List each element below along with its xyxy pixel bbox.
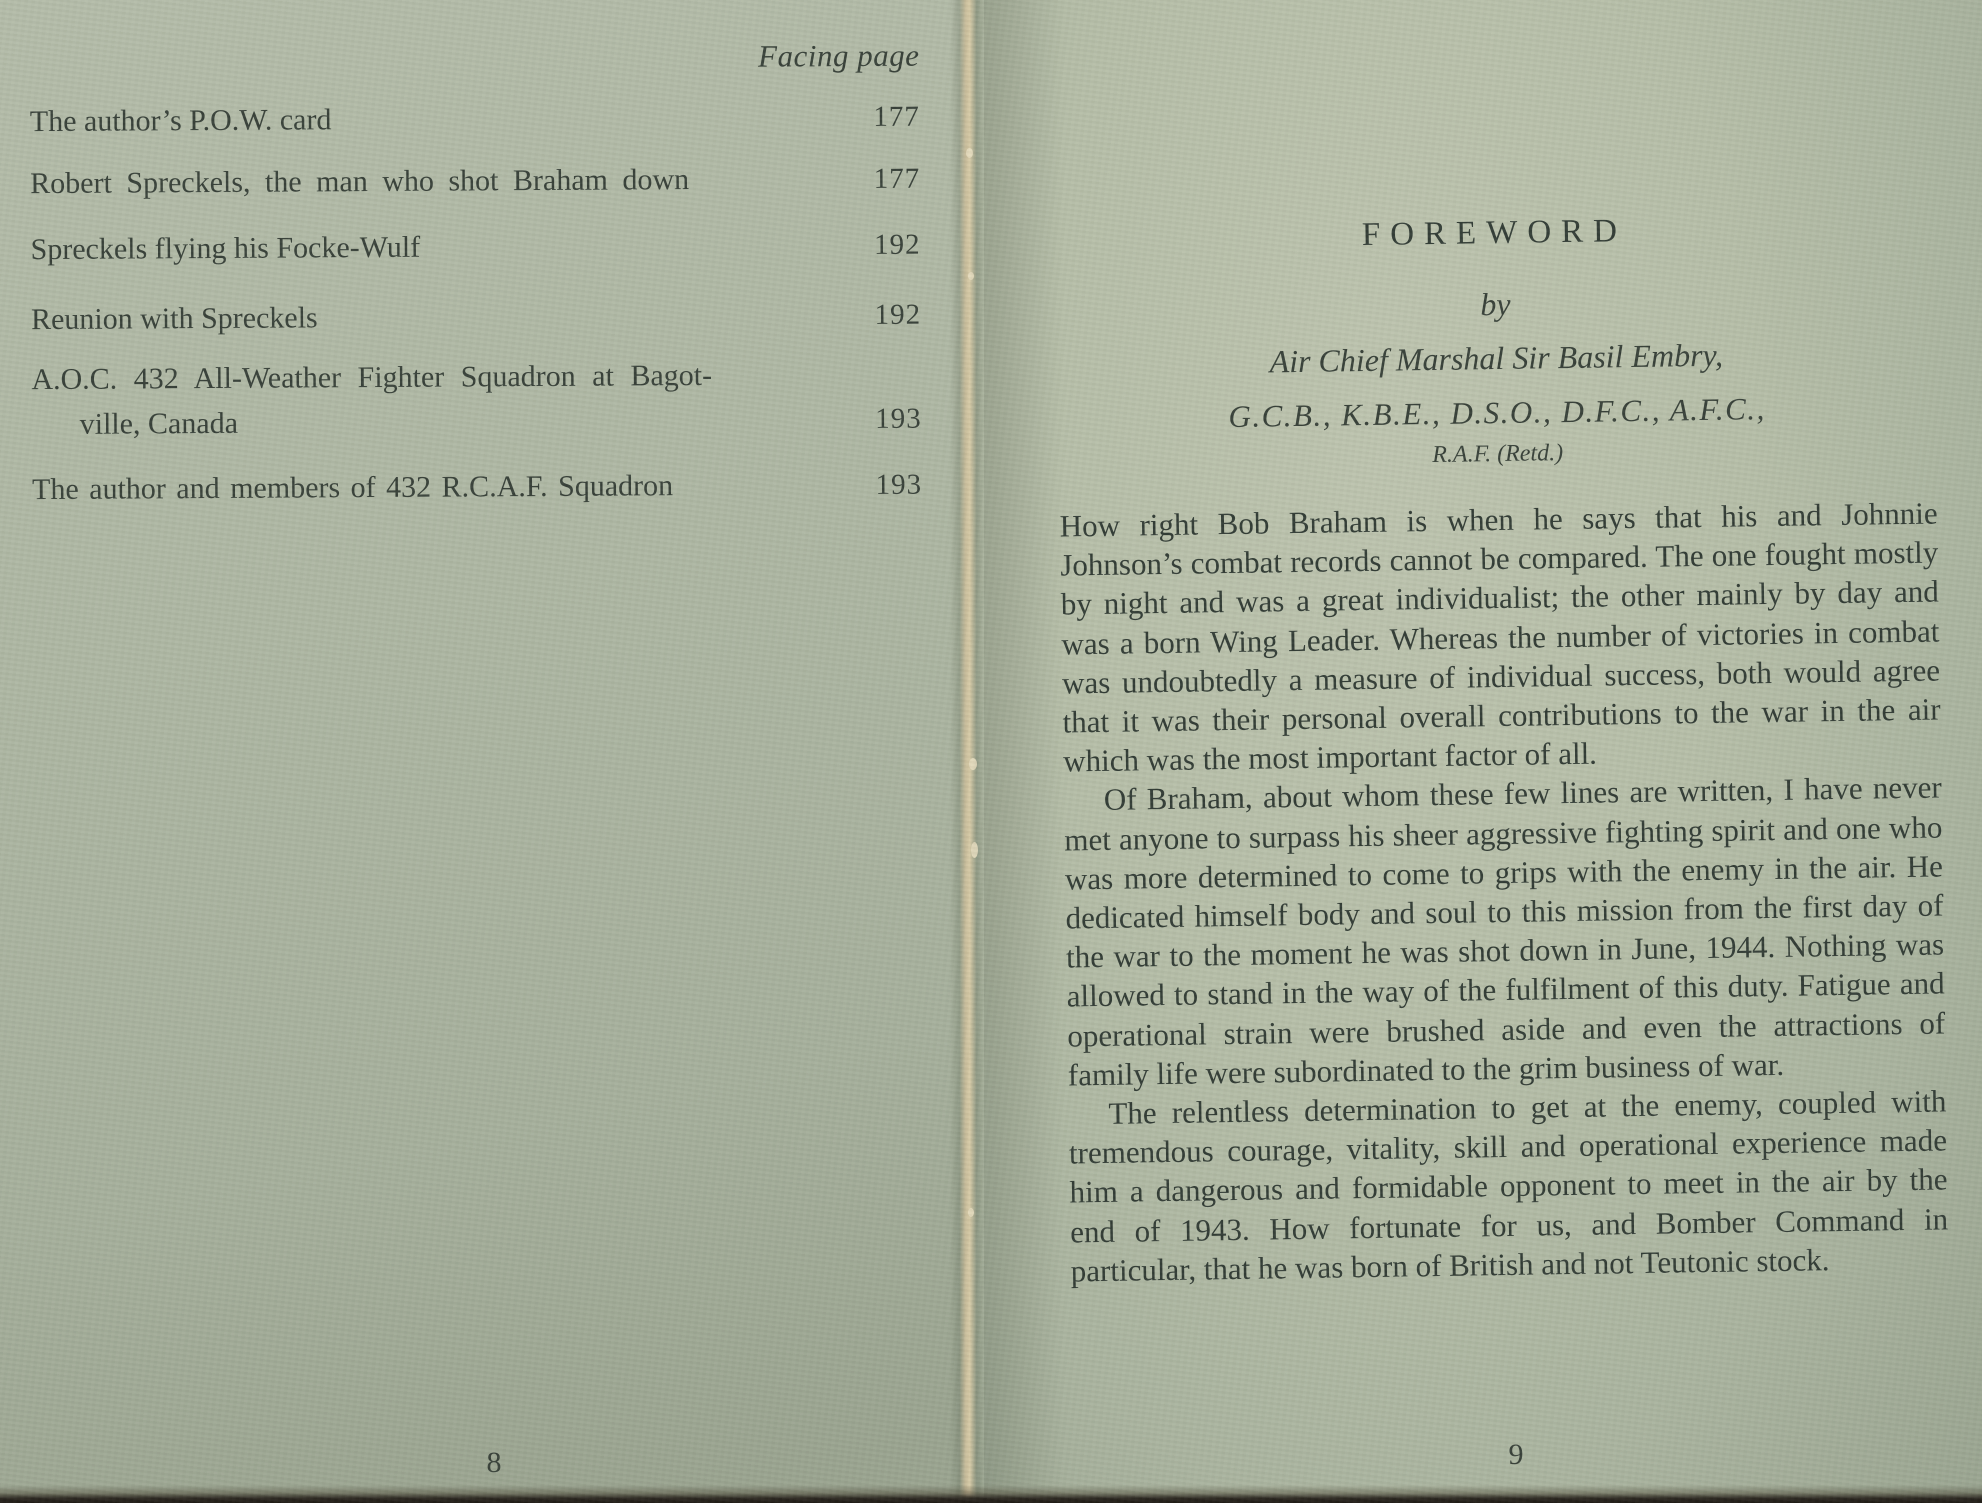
foreword-page: FOREWORD by Air Chief Marshal Sir Basil … <box>1052 0 1952 1503</box>
foreword-author-honours: G.C.B., K.B.E., D.S.O., D.F.C., A.F.C., <box>1058 389 1936 438</box>
entry-page-number: 193 <box>875 397 922 442</box>
entry-page-number: 177 <box>874 157 921 202</box>
foreword-heading: FOREWORD <box>1055 209 1933 259</box>
entry-label-line2: ville, Canada <box>80 401 239 447</box>
page-gutter-edge <box>950 0 984 1503</box>
entry-page-number: 193 <box>875 463 922 508</box>
book-bottom-edge-shadow <box>0 1485 1982 1503</box>
foreword-author: Air Chief Marshal Sir Basil Embry, <box>1057 334 1935 384</box>
foreword-paragraph: The relentless determination to get at t… <box>1068 1081 1949 1290</box>
open-book-photo: Facing page The author’s P.O.W. card 177… <box>0 0 1982 1503</box>
entry-label: Spreckels flying his Focke-Wulf <box>30 225 420 272</box>
entry-page-number: 192 <box>874 223 921 268</box>
entry-label-line1: A.O.C. 432 All-Weather Fighter Squadron … <box>31 359 712 396</box>
page-edge-chip <box>966 148 973 158</box>
illustration-entry: The author’s P.O.W. card 177 <box>30 94 920 145</box>
left-page-number: 8 <box>464 1446 524 1480</box>
page-edge-chip <box>968 272 974 280</box>
entry-page-number: 177 <box>873 95 920 140</box>
foreword-byline: by <box>1056 280 1934 330</box>
illustration-entry: Reunion with Spreckels 192 <box>31 292 921 343</box>
entry-label: A.O.C. 432 All-Weather Fighter Squadron … <box>31 353 712 447</box>
illustration-entry: The author and members of 432 R.C.A.F. S… <box>32 462 922 513</box>
foreword-paragraph: How right Bob Braham is when he says tha… <box>1059 494 1941 781</box>
entry-label: The author’s P.O.W. card <box>30 97 332 144</box>
illustration-entry: A.O.C. 432 All-Weather Fighter Squadron … <box>31 352 922 447</box>
entry-page-number: 192 <box>874 293 921 338</box>
page-edge-chip <box>969 758 977 770</box>
illustrations-list: Facing page The author’s P.O.W. card 177… <box>29 0 928 1503</box>
entry-label: Robert Spreckels, the man who shot Braha… <box>30 157 689 206</box>
right-page-number: 9 <box>1486 1438 1546 1472</box>
foreword-body: How right Bob Braham is when he says tha… <box>1059 494 1949 1291</box>
foreword-paragraph: Of Braham, about whom these few lines ar… <box>1064 768 1947 1095</box>
illustration-entry: Robert Spreckels, the man who shot Braha… <box>30 156 920 207</box>
page-edge-chip <box>971 842 978 858</box>
entry-label: The author and members of 432 R.C.A.F. S… <box>32 463 673 512</box>
illustration-entry: Spreckels flying his Focke-Wulf 192 <box>30 222 920 273</box>
entry-label: Reunion with Spreckels <box>31 295 318 342</box>
facing-page-header: Facing page <box>758 38 920 75</box>
page-edge-chip <box>968 1208 974 1217</box>
foreword-author-service: R.A.F. (Retd.) <box>1059 435 1937 475</box>
